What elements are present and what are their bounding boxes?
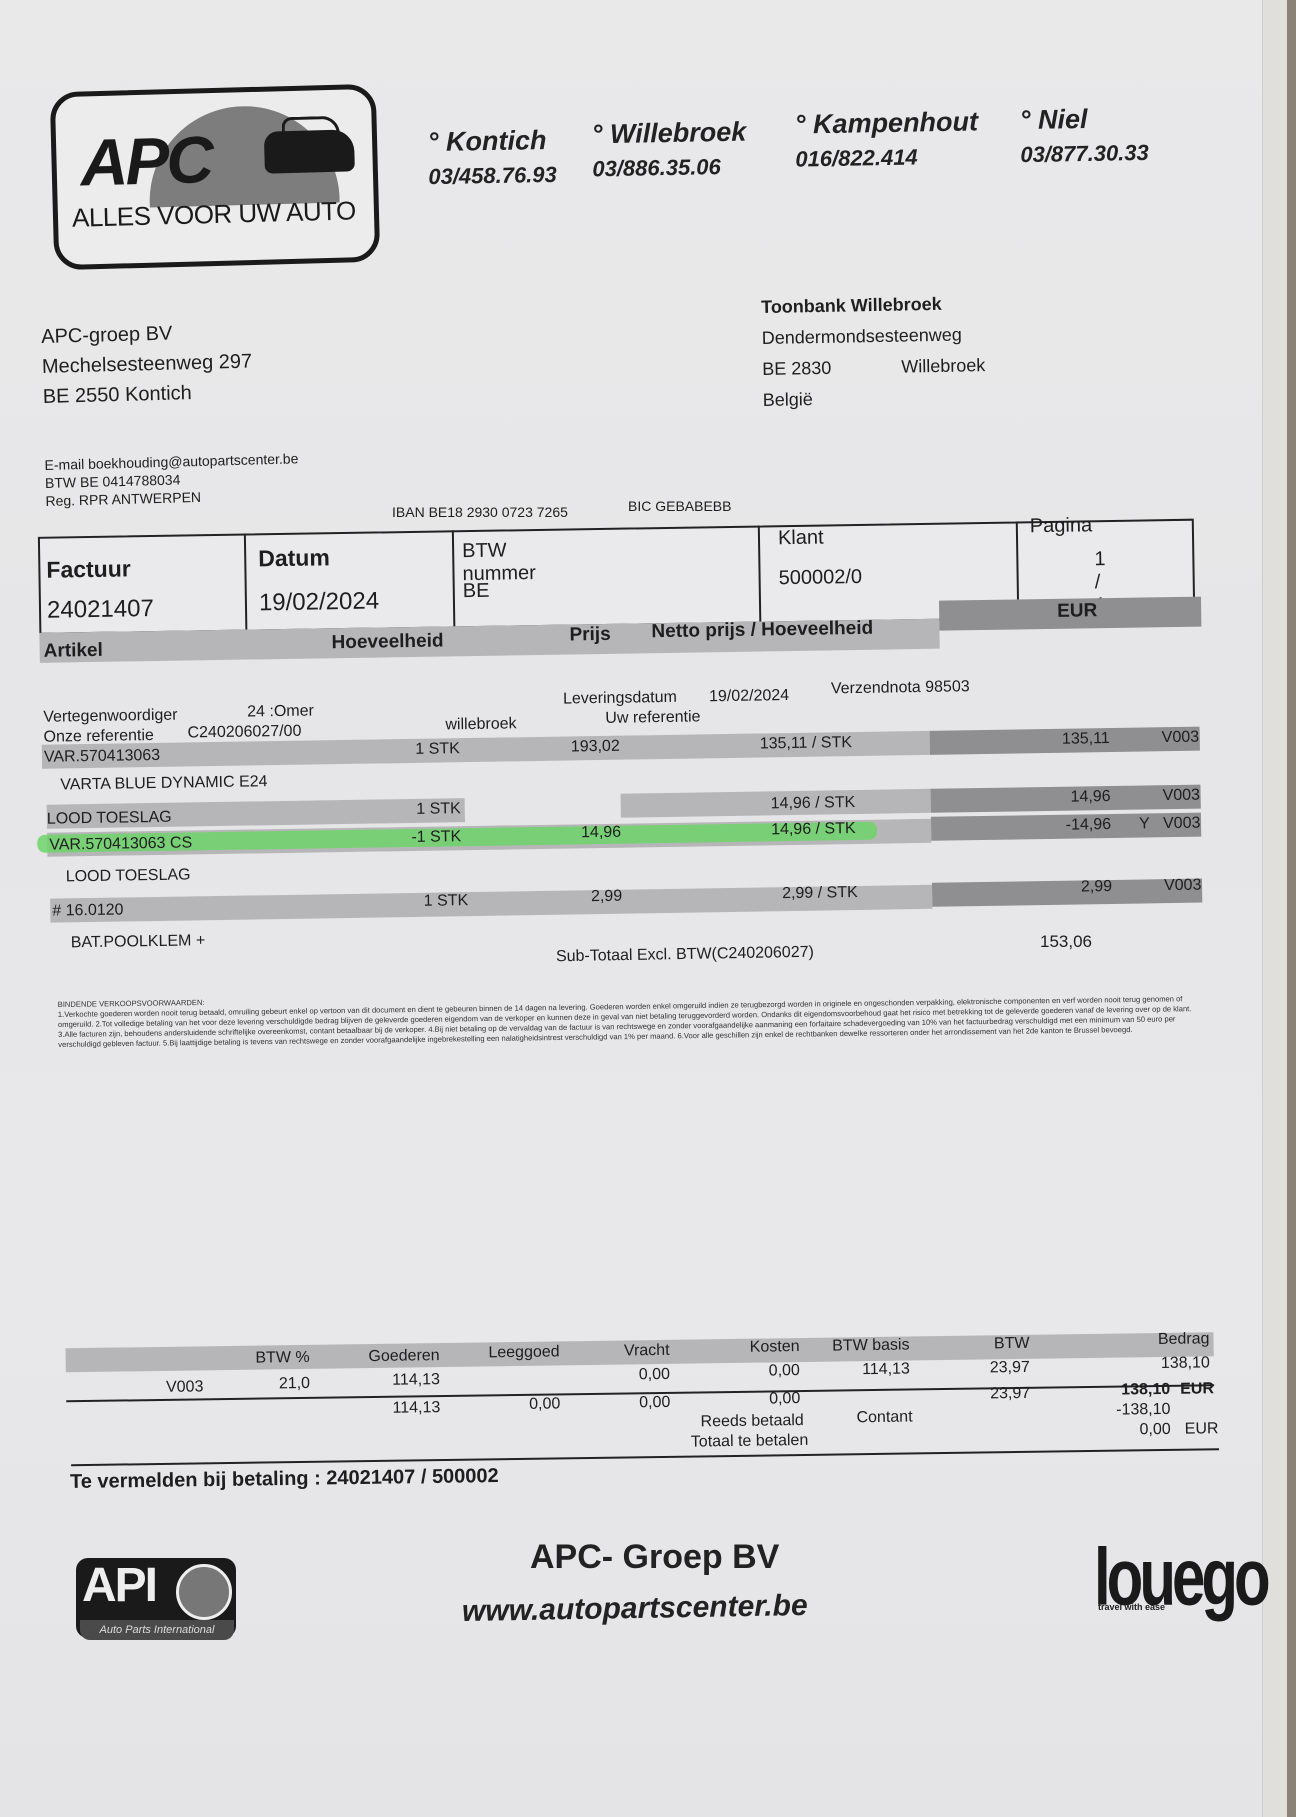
btw-value: BE bbox=[463, 580, 490, 603]
api-logo-subtitle: Auto Parts International bbox=[80, 1620, 234, 1640]
louego-tagline: travel with ease bbox=[1098, 1602, 1165, 1612]
vat-code: V003 bbox=[166, 1378, 204, 1397]
footer-website[interactable]: www.autopartscenter.be bbox=[462, 1589, 808, 1629]
vat-basis: 114,13 bbox=[800, 1361, 910, 1381]
line-amount: 135,11 bbox=[1020, 730, 1110, 749]
delivery-label: Leveringsdatum bbox=[563, 689, 677, 709]
vat-kosten: 0,00 bbox=[690, 1362, 800, 1382]
rep-value: 24 :Omer bbox=[247, 702, 314, 721]
sender-address: APC-groep BV Mechelsesteenweg 297 BE 255… bbox=[41, 317, 253, 412]
factuur-label: Factuur bbox=[46, 555, 131, 583]
pagina-label: Pagina bbox=[1030, 514, 1093, 538]
line-price: 14,96 bbox=[531, 824, 621, 843]
your-ref-label: Uw referentie bbox=[605, 708, 700, 727]
recipient-postcode: BE 2830 bbox=[762, 358, 831, 379]
col-hoeveelheid: Hoeveelheid bbox=[331, 630, 443, 654]
sum-vracht: 0,00 bbox=[560, 1394, 670, 1414]
shipping-note: Verzendnota 98503 bbox=[831, 678, 970, 698]
vat-bedrag: 138,10 bbox=[1100, 1354, 1210, 1374]
recipient-street: Dendermondsesteenweg bbox=[761, 319, 985, 354]
paid-value: -138,10 bbox=[1060, 1401, 1170, 1421]
sender-street: Mechelsesteenweg 297 bbox=[42, 347, 253, 382]
sum-currency: EUR bbox=[1180, 1380, 1214, 1398]
factuur-value: 24021407 bbox=[47, 595, 154, 625]
sender-bic: BIC GEBABEBB bbox=[628, 498, 731, 514]
recipient-address: Toonbank Willebroek Dendermondsesteenweg… bbox=[761, 288, 986, 416]
due-label: Totaal te betalen bbox=[691, 1432, 809, 1452]
th-goederen: Goederen bbox=[330, 1347, 440, 1367]
datum-value: 19/02/2024 bbox=[259, 587, 380, 617]
subtotal-value: 153,06 bbox=[1040, 932, 1092, 952]
col-prijs: Prijs bbox=[569, 624, 611, 647]
line-net-unit: 14,96 / STK bbox=[771, 820, 856, 839]
line-code: # 16.0120 bbox=[52, 902, 123, 921]
branch-name: ° Kampenhout bbox=[794, 106, 978, 140]
sum-leeggoed: 0,00 bbox=[450, 1395, 560, 1415]
vat-pct: 21,0 bbox=[210, 1375, 310, 1394]
branch-kampenhout: ° Kampenhout 016/822.414 bbox=[794, 106, 978, 172]
col-artikel: Artikel bbox=[44, 640, 103, 663]
branch-kontich: ° Kontich 03/458.76.93 bbox=[427, 125, 557, 190]
due-currency: EUR bbox=[1185, 1420, 1219, 1438]
line-net-unit: 135,11 / STK bbox=[760, 734, 852, 753]
location: willebroek bbox=[445, 715, 516, 734]
th-leeggoed: Leeggoed bbox=[449, 1343, 559, 1363]
line-amount: 14,96 bbox=[1021, 788, 1111, 807]
klant-value: 500002/0 bbox=[778, 566, 862, 590]
vat-goods: 114,13 bbox=[330, 1371, 440, 1391]
sender-contact: E-mail boekhouding@autopartscenter.be BT… bbox=[44, 449, 299, 510]
branch-name: ° Kontich bbox=[427, 125, 556, 158]
line-description: VARTA BLUE DYNAMIC E24 bbox=[60, 773, 267, 794]
paid-method: Contant bbox=[856, 1408, 912, 1427]
paid-label: Reeds betaald bbox=[700, 1412, 803, 1431]
our-ref-value: C240206027/00 bbox=[187, 723, 301, 743]
th-btw: BTW bbox=[919, 1335, 1029, 1355]
th-bedrag: Bedrag bbox=[1099, 1330, 1209, 1350]
line-code: VAR.570413063 bbox=[44, 747, 161, 767]
sum-kosten: 0,00 bbox=[690, 1390, 800, 1410]
car-icon bbox=[264, 129, 355, 173]
line-qty: 1 STK bbox=[382, 892, 468, 911]
footer-company: APC- Groep BV bbox=[530, 1538, 779, 1577]
globe-icon bbox=[176, 1564, 232, 1620]
line-vat-code: V003 bbox=[1162, 729, 1200, 748]
sum-btw: 23,97 bbox=[920, 1385, 1030, 1405]
line-qty: 1 STK bbox=[380, 740, 460, 759]
line-amount: -14,96 bbox=[1011, 816, 1111, 836]
logo-tagline: ALLES VOOR UW AUTO bbox=[72, 195, 357, 233]
line-qty: 1 STK bbox=[381, 800, 461, 819]
line-code: VAR.570413063 CS bbox=[49, 834, 192, 854]
line-qty: -1 STK bbox=[381, 828, 461, 847]
line-net-unit: 2,99 / STK bbox=[782, 884, 858, 903]
klant-label: Klant bbox=[778, 526, 824, 550]
branch-niel: ° Niel 03/877.30.33 bbox=[1019, 103, 1149, 168]
line-vat-code: V003 bbox=[1162, 787, 1200, 806]
col-currency: EUR bbox=[1057, 600, 1097, 623]
th-vracht: Vracht bbox=[559, 1342, 669, 1362]
line-flag: Y bbox=[1139, 815, 1150, 833]
branch-name: ° Willebroek bbox=[591, 117, 746, 151]
line-description: LOOD TOESLAG bbox=[66, 866, 191, 886]
th-btw-basis: BTW basis bbox=[799, 1337, 909, 1357]
datum-label: Datum bbox=[258, 544, 330, 572]
branch-name: ° Niel bbox=[1019, 103, 1148, 136]
sender-iban: IBAN BE18 2930 0723 7265 bbox=[392, 504, 568, 520]
logo-brand: APC bbox=[80, 121, 212, 200]
recipient-country: België bbox=[763, 381, 987, 416]
branch-phone: 016/822.414 bbox=[795, 143, 979, 172]
line-price: 2,99 bbox=[532, 888, 622, 907]
branch-phone: 03/886.35.06 bbox=[592, 154, 747, 183]
delivery-value: 19/02/2024 bbox=[709, 687, 789, 706]
col-netto: Netto prijs / Hoeveelheid bbox=[651, 618, 873, 643]
recipient-city: Willebroek bbox=[901, 355, 985, 376]
sum-goods: 114,13 bbox=[330, 1399, 440, 1419]
line-description: BAT.POOLKLEM + bbox=[71, 932, 206, 952]
line-net-unit: 14,96 / STK bbox=[771, 794, 856, 813]
branch-phone: 03/458.76.93 bbox=[428, 162, 557, 190]
sender-city: BE 2550 Kontich bbox=[42, 376, 253, 411]
line-amount: 2,99 bbox=[1022, 878, 1112, 897]
rep-label: Vertegenwoordiger bbox=[43, 707, 178, 727]
vat-btw: 23,97 bbox=[920, 1359, 1030, 1379]
line-vat-code: V003 bbox=[1164, 877, 1202, 896]
branch-phone: 03/877.30.33 bbox=[1020, 140, 1149, 168]
sum-bedrag: 138,10 bbox=[1060, 1381, 1170, 1401]
apc-logo: APC ALLES VOOR UW AUTO bbox=[50, 84, 381, 270]
th-kosten: Kosten bbox=[689, 1338, 799, 1358]
vat-vracht: 0,00 bbox=[560, 1366, 670, 1386]
branch-willebroek: ° Willebroek 03/886.35.06 bbox=[591, 117, 747, 183]
line-vat-code: V003 bbox=[1163, 815, 1201, 834]
due-value: 0,00 bbox=[1061, 1421, 1171, 1441]
api-logo-text: API bbox=[82, 1558, 156, 1613]
line-code: LOOD TOESLAG bbox=[47, 809, 172, 829]
line-price: 193,02 bbox=[530, 738, 620, 757]
th-btw-pct: BTW % bbox=[210, 1349, 310, 1368]
recipient-name: Toonbank Willebroek bbox=[761, 288, 985, 323]
